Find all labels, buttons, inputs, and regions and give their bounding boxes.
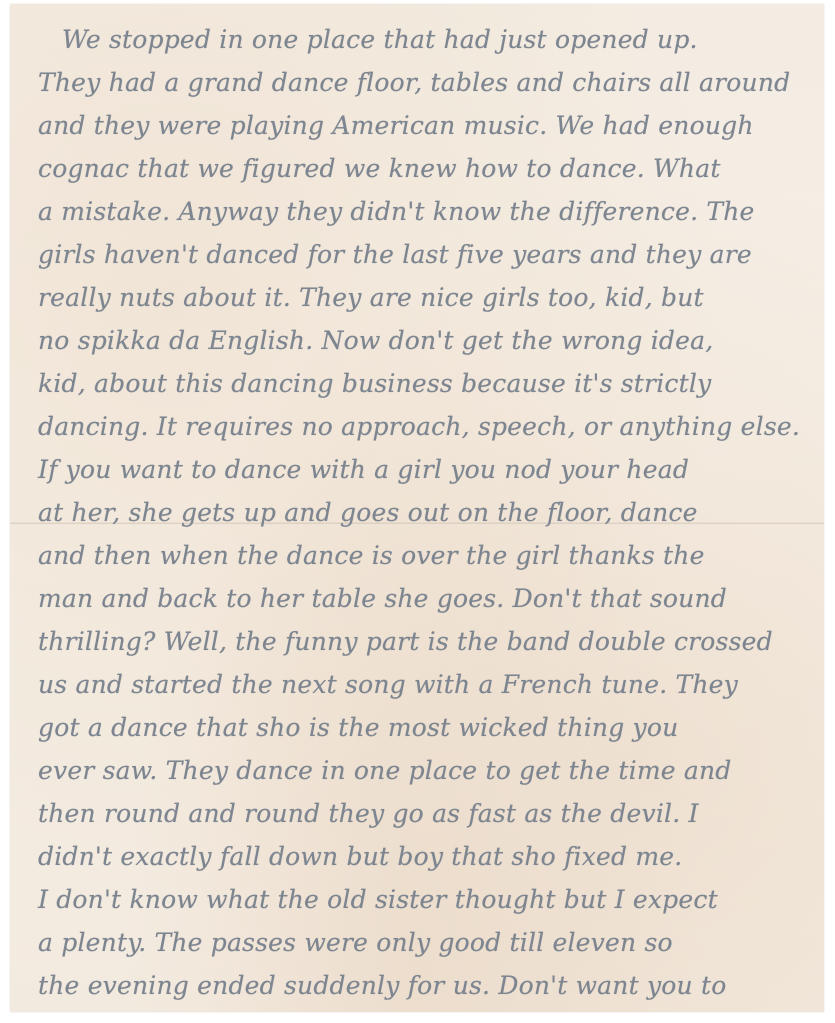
text-line: got a dance that sho is the most wicked … bbox=[38, 706, 810, 749]
text-line: then round and round they go as fast as … bbox=[38, 792, 810, 835]
text-line: They had a grand dance floor, tables and… bbox=[38, 61, 810, 104]
text-line: didn't exactly fall down but boy that sh… bbox=[38, 835, 810, 878]
text-line: at her, she gets up and goes out on the … bbox=[38, 491, 810, 534]
text-line: We stopped in one place that had just op… bbox=[62, 18, 810, 61]
text-line: a mistake. Anyway they didn't know the d… bbox=[38, 190, 810, 233]
text-line: If you want to dance with a girl you nod… bbox=[38, 448, 810, 491]
text-line: cognac that we figured we knew how to da… bbox=[38, 147, 810, 190]
text-line: ever saw. They dance in one place to get… bbox=[38, 749, 810, 792]
text-line: thrilling? Well, the funny part is the b… bbox=[38, 620, 810, 663]
text-line: girls haven't danced for the last five y… bbox=[38, 233, 810, 276]
text-line: and then when the dance is over the girl… bbox=[38, 534, 810, 577]
letter-page: We stopped in one place that had just op… bbox=[10, 4, 824, 1012]
text-line: dancing. It requires no approach, speech… bbox=[38, 405, 810, 448]
text-line: and they were playing American music. We… bbox=[38, 104, 810, 147]
text-line: a plenty. The passes were only good till… bbox=[38, 921, 810, 964]
text-line: kid, about this dancing business because… bbox=[38, 362, 810, 405]
text-line: no spikka da English. Now don't get the … bbox=[38, 319, 810, 362]
text-line: man and back to her table she goes. Don'… bbox=[38, 577, 810, 620]
handwritten-text-body: We stopped in one place that had just op… bbox=[10, 4, 824, 1012]
text-line: us and started the next song with a Fren… bbox=[38, 663, 810, 706]
text-line: really nuts about it. They are nice girl… bbox=[38, 276, 810, 319]
text-line: I don't know what the old sister thought… bbox=[38, 878, 810, 921]
text-line: the evening ended suddenly for us. Don't… bbox=[38, 964, 810, 1007]
